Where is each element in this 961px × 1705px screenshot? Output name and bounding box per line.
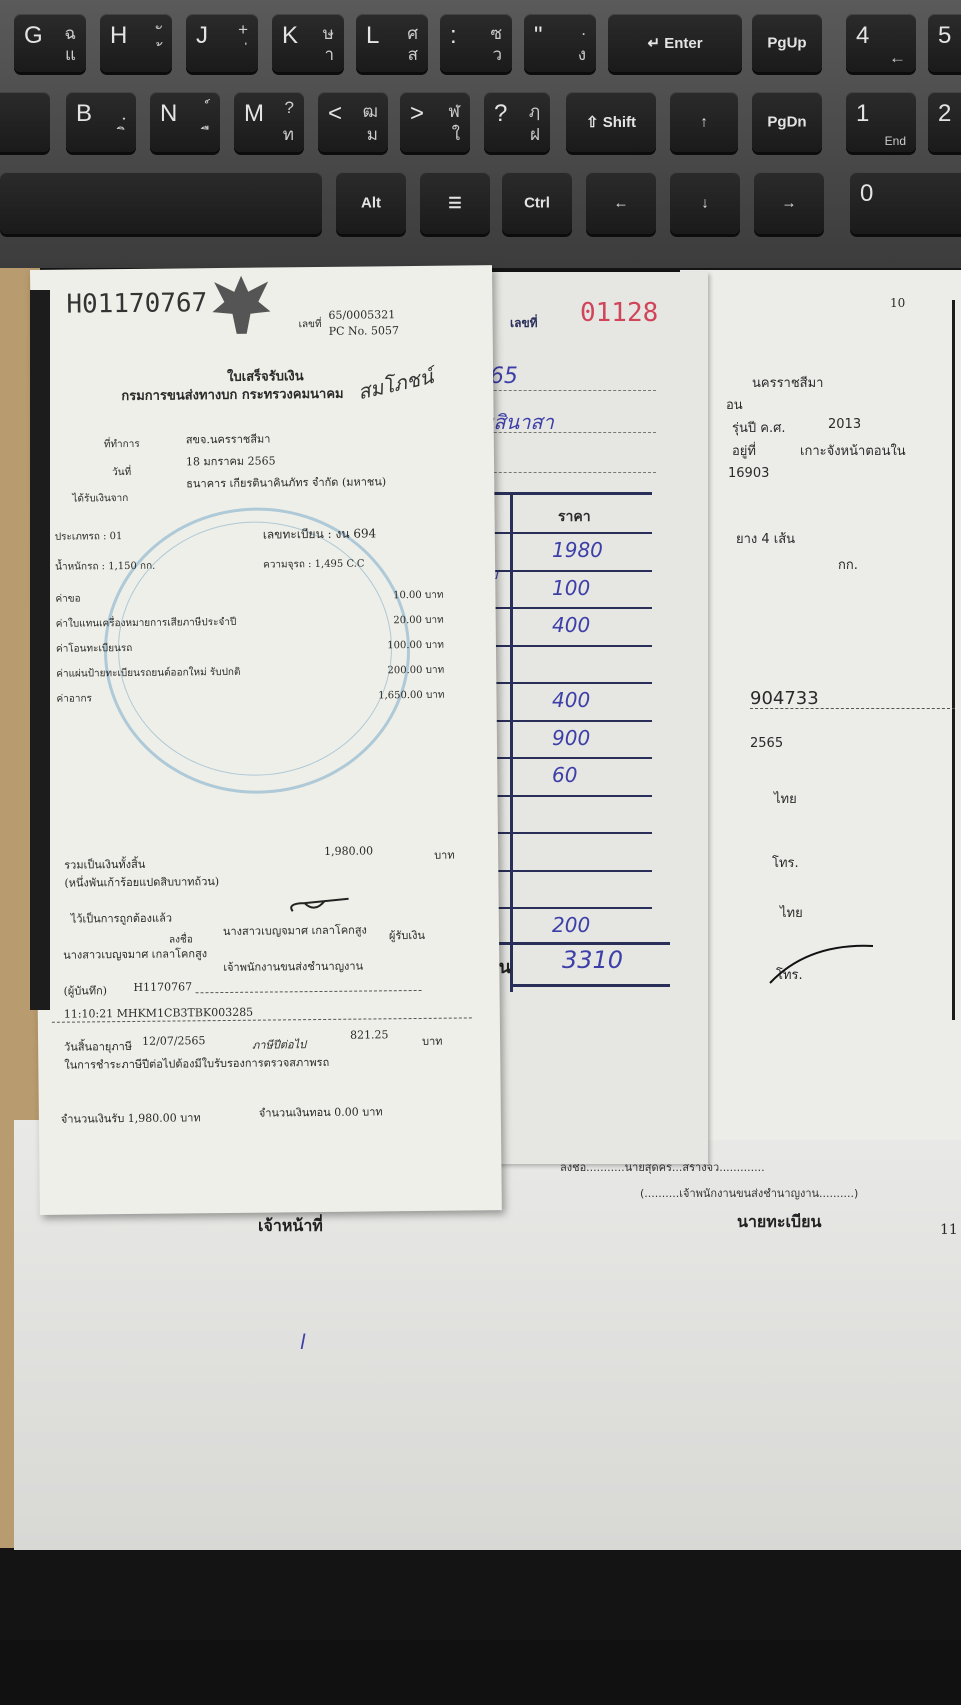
enter-arrow-icon: ↵ (647, 35, 664, 52)
fee-item-label: ค่าใบแทนเครื่องหมายการเสียภาษีประจำปี (56, 615, 237, 632)
fee-item-label: ค่าแผ่นป้ายทะเบียนรถยนต์ออกใหม่ รับปกติ (56, 665, 240, 682)
key-num4[interactable]: 4← (846, 14, 916, 72)
receipt-serial: H01170767 (66, 288, 207, 319)
fee-item-label: ค่าอากร (56, 691, 92, 706)
key-pgdn[interactable]: PgDn (752, 92, 822, 152)
fee-item-amount: 1,650.00 บาท (378, 688, 444, 704)
key-semicolon[interactable]: :ซว (440, 14, 512, 72)
key-num0[interactable]: 0 (850, 172, 961, 234)
garuda-emblem-icon (208, 271, 275, 338)
pen-mark: l (300, 1330, 306, 1354)
arrow-down-icon: ↓ (670, 195, 740, 212)
key-l[interactable]: Lศส (356, 14, 428, 72)
signer-title: (..........เจ้าพนักงานขนส่งชำนาญงาน.....… (640, 1184, 858, 1202)
government-receipt: H01170767 เลขที่ 65/0005321 PC No. 5057 … (30, 265, 502, 1215)
key-up[interactable]: ↑ (670, 92, 738, 152)
handwritten-note: สมโภชน์ (355, 360, 437, 408)
key-right[interactable]: → (754, 172, 824, 234)
fee-item-label: ค่าโอนทะเบียนรถ (56, 641, 133, 657)
bill-price: 60 (552, 763, 577, 787)
shift-arrow-icon: ⇧ (586, 114, 603, 131)
key-slash[interactable]: ?ฦฝ (484, 92, 550, 152)
bill-price: 900 (552, 726, 590, 750)
key-menu[interactable]: ☰ (420, 172, 490, 234)
key-period[interactable]: >ฬใ (400, 92, 470, 152)
bill-price: 400 (552, 688, 590, 712)
signature-stroke (768, 938, 878, 988)
arrow-up-icon: ↑ (670, 114, 738, 131)
fee-item-amount: 20.00 บาท (393, 613, 444, 629)
key-j[interactable]: J+่ (186, 14, 258, 72)
key-pgup[interactable]: PgUp (752, 14, 822, 72)
key-comma[interactable]: <ฒม (318, 92, 388, 152)
bill-number: 01128 (580, 298, 658, 328)
bill-price: 200 (552, 913, 590, 937)
fee-item-amount: 200.00 บาท (387, 663, 444, 679)
key-shift[interactable]: ⇧ Shift (566, 92, 656, 152)
document-edge (952, 300, 955, 1020)
fee-item-label: ค่าขอ (55, 591, 80, 606)
key-num1[interactable]: 1End (846, 92, 916, 152)
key-g[interactable]: Gฉแ (14, 14, 86, 72)
dark-background (0, 1640, 961, 1705)
key-v[interactable] (0, 92, 50, 152)
bill-total: 3310 (562, 946, 623, 974)
menu-icon: ☰ (420, 194, 490, 212)
registration-document: 10 นครราชสีมา อน รุ่นปี ค.ศ. 2013 อยู่ที… (680, 270, 961, 1140)
key-h[interactable]: Hั้ (100, 14, 172, 72)
arrow-right-icon: → (754, 195, 824, 212)
receipt-total: 1,980.00 (324, 844, 373, 858)
registrar-label: นายทะเบียน (737, 1210, 821, 1235)
arrow-left-icon: ← (586, 195, 656, 212)
key-quote[interactable]: ".ง (524, 14, 596, 72)
key-n[interactable]: N์ื (150, 92, 220, 152)
bill-price: 100 (552, 576, 590, 600)
fee-item-amount: 10.00 บาท (393, 588, 444, 604)
bill-price: 400 (552, 613, 590, 637)
key-k[interactable]: Kษา (272, 14, 344, 72)
key-alt[interactable]: Alt (336, 172, 406, 234)
key-left[interactable]: ← (586, 172, 656, 234)
key-down[interactable]: ↓ (670, 172, 740, 234)
key-b[interactable]: Bฺิ (66, 92, 136, 152)
receipt-binding-edge (30, 290, 50, 1010)
officer-signature (285, 893, 355, 918)
key-num2[interactable]: 2 (928, 92, 961, 152)
page-number-bottom: 11 (940, 1222, 958, 1238)
key-enter[interactable]: ↵ Enter (608, 14, 742, 72)
key-space[interactable] (0, 172, 322, 234)
fee-item-amount: 100.00 บาท (387, 638, 444, 654)
officer-heading: เจ้าหน้าที่ (258, 1214, 323, 1239)
key-ctrl[interactable]: Ctrl (502, 172, 572, 234)
bill-price: 1980 (552, 538, 603, 562)
next-year-tax: 821.25 (350, 1028, 389, 1041)
key-num5[interactable]: 5 (928, 14, 961, 72)
key-m[interactable]: M?ท (234, 92, 304, 152)
keyboard: Gฉแ Hั้ J+่ Kษา Lศส :ซว ".ง ↵ Enter PgUp… (0, 0, 961, 268)
